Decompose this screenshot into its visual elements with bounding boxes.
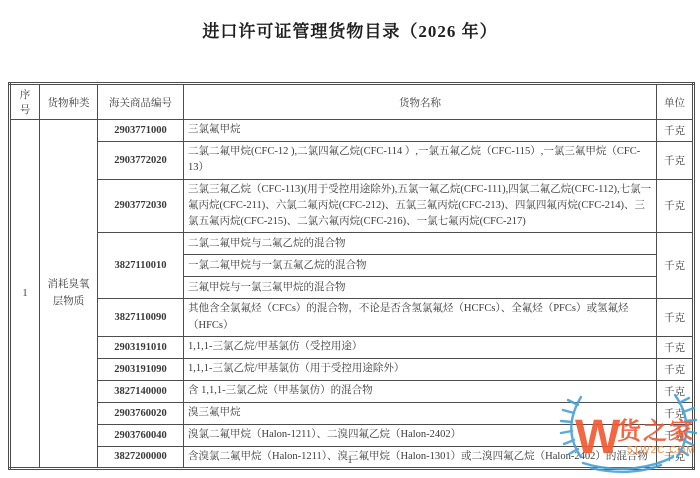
page-number: 1 [0,455,700,466]
unit-cell: 千克 [657,179,694,233]
unit-cell: 千克 [657,299,694,337]
header-serial: 序号 [10,84,40,120]
goods-name-cell: 三氯氟甲烷 [184,120,657,142]
header-hs-code: 海关商品编号 [98,84,184,120]
goods-catalog-table: 序号 货物种类 海关商品编号 货物名称 单位 1 消耗臭氧层物质 2903771… [8,82,695,470]
hs-code-cell: 2903760020 [98,402,184,424]
table-row: 1 消耗臭氧层物质 2903771000 三氯氟甲烷 千克 [10,120,694,142]
table-row: 2903191090 1,1,1-三氯乙烷/甲基氯仿（用于受控用途除外） 千克 [10,358,694,380]
hs-code-cell: 2903771000 [98,120,184,142]
hs-code-cell: 2903191090 [98,358,184,380]
goods-name-cell: 1,1,1-三氯乙烷/甲基氯仿（用于受控用途除外） [184,358,657,380]
goods-name-cell: 二氯二氟甲烷与二氟乙烷的混合物 [184,233,657,255]
table-row: 3827140000 含 1,1,1-三氯乙烷（甲基氯仿）的混合物 千克 [10,380,694,402]
header-category: 货物种类 [40,84,98,120]
unit-cell: 千克 [657,380,694,402]
goods-name-cell: 三氯三氟乙烷（CFC-113)(用于受控用途除外),五氯一氟乙烷(CFC-111… [184,179,657,233]
table-row: 2903772030 三氯三氟乙烷（CFC-113)(用于受控用途除外),五氯一… [10,179,694,233]
hs-code-cell: 2903772030 [98,179,184,233]
goods-name-cell: 含 1,1,1-三氯乙烷（甲基氯仿）的混合物 [184,380,657,402]
goods-name-cell: 三氟甲烷与一氯三氟甲烷的混合物 [184,277,657,299]
hs-code-cell: 2903191010 [98,336,184,358]
goods-name-cell: 二氯二氟甲烷(CFC-12 ),二氯四氟乙烷(CFC-114 ）,一氯五氟乙烷（… [184,142,657,180]
category-cell: 消耗臭氧层物质 [40,120,98,469]
goods-name-cell: 1,1,1-三氯乙烷/甲基氯仿（受控用途） [184,336,657,358]
hs-code-cell: 3827110090 [98,299,184,337]
goods-name-cell: 溴三氟甲烷 [184,402,657,424]
table-header-row: 序号 货物种类 海关商品编号 货物名称 单位 [10,84,694,120]
goods-name-cell: 溴氯二氟甲烷（Halon-1211）、二溴四氟乙烷（Halon-2402） [184,424,657,446]
unit-cell: 千克 [657,336,694,358]
unit-cell: 千克 [657,142,694,180]
serial-cell: 1 [10,120,40,469]
unit-cell: 千克 [657,233,694,299]
table-row: 3827110090 其他含全氯氟烃（CFCs）的混合物，不论是否含氢氯氟烃（H… [10,299,694,337]
unit-cell: 千克 [657,424,694,446]
document-title: 进口许可证管理货物目录（2026 年） [0,17,700,42]
table-row: 2903760020 溴三氟甲烷 千克 [10,402,694,424]
table-row: 2903772020 二氯二氟甲烷(CFC-12 ),二氯四氟乙烷(CFC-11… [10,142,694,180]
unit-cell: 千克 [657,358,694,380]
hs-code-cell: 3827110010 [98,233,184,299]
table-row: 2903191010 1,1,1-三氯乙烷/甲基氯仿（受控用途） 千克 [10,336,694,358]
table-row: 3827110010 二氯二氟甲烷与二氟乙烷的混合物 千克 [10,233,694,255]
hs-code-cell: 2903772020 [98,142,184,180]
header-unit: 单位 [657,84,694,120]
header-goods-name: 货物名称 [184,84,657,120]
unit-cell: 千克 [657,120,694,142]
table-row: 2903760040 溴氯二氟甲烷（Halon-1211）、二溴四氟乙烷（Hal… [10,424,694,446]
goods-name-cell: 其他含全氯氟烃（CFCs）的混合物，不论是否含氢氯氟烃（HCFCs）、全氟烃（P… [184,299,657,337]
hs-code-cell: 2903760040 [98,424,184,446]
unit-cell: 千克 [657,402,694,424]
hs-code-cell: 3827140000 [98,380,184,402]
goods-name-cell: 一氯二氟甲烷与一氯五氟乙烷的混合物 [184,255,657,277]
